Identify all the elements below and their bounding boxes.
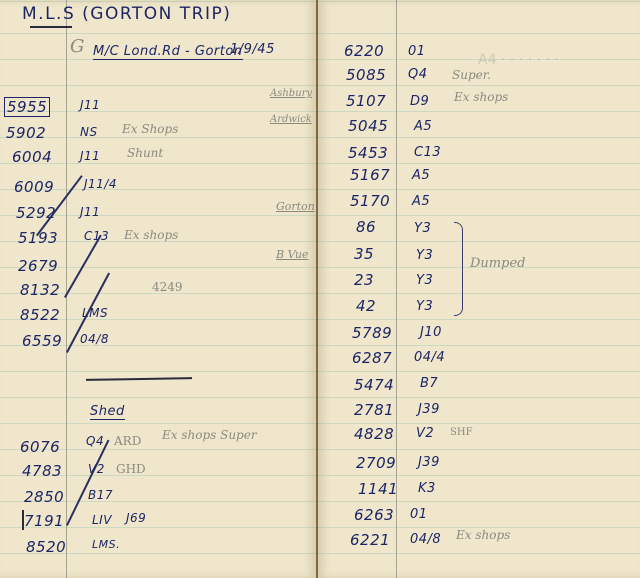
loco-number: 8132	[20, 281, 60, 299]
loco-number: 5170	[350, 192, 390, 210]
loco-number: 5107	[346, 92, 386, 110]
loco-class: V2	[416, 426, 434, 441]
pencil-mark: G	[70, 36, 84, 57]
title-underline	[30, 26, 72, 28]
loco-number: 2679	[18, 257, 58, 275]
loco-number: 2709	[356, 454, 396, 472]
loco-number: 5789	[352, 324, 392, 342]
loco-number: 86	[356, 218, 376, 236]
loco-class: A5	[414, 119, 432, 134]
book-gutter	[316, 0, 318, 578]
loco-number: 2781	[354, 401, 394, 419]
loco-number: 6220	[344, 42, 384, 60]
loco-class: Q4	[408, 67, 428, 82]
show-through: A4 · · · · · · ·	[478, 52, 559, 68]
loco-number: 5292	[16, 204, 56, 222]
page-title: M.L.S (GORTON TRIP)	[22, 4, 231, 24]
loco-number: 5474	[354, 376, 394, 394]
pencil-note: 4249	[152, 280, 183, 294]
loco-number: 6221	[350, 531, 390, 549]
loco-number: 5955	[4, 97, 50, 117]
loco-class: Y3	[416, 299, 433, 314]
loco-number: 1141	[358, 480, 398, 498]
trip-date: 1/9/45	[230, 42, 275, 57]
loco-number: 23	[354, 271, 374, 289]
loco-class: B7	[420, 376, 438, 391]
loco-class: 04/8	[80, 332, 109, 346]
loco-class: 04/8	[410, 532, 441, 547]
loco-number: 6559	[22, 332, 62, 350]
loco-class: 01	[410, 507, 428, 522]
box-mark	[22, 510, 24, 530]
loco-class: J11	[80, 149, 100, 163]
loco-class: LMS.	[92, 538, 120, 551]
loco-class: V2	[88, 462, 105, 476]
loco-class: LIV	[92, 513, 112, 527]
loco-class: J11	[80, 205, 100, 219]
loco-class: 04/4	[414, 350, 445, 365]
pencil-note: Ex shops Super	[162, 428, 257, 442]
loco-number: 8522	[20, 306, 60, 324]
loco-number: 5453	[348, 144, 388, 162]
loco-number: 5045	[348, 117, 388, 135]
loco-number: 5902	[6, 124, 46, 142]
loco-class: Y3	[416, 248, 433, 263]
loco-class: Q4	[86, 434, 104, 448]
loco-class: D9	[410, 94, 429, 109]
loco-number: 5085	[346, 66, 386, 84]
loco-number: 6076	[20, 438, 60, 456]
route-label: M/C Lond.Rd - Gorton	[93, 44, 243, 60]
loco-number: 42	[356, 297, 376, 315]
margin-note: Gorton	[276, 200, 315, 213]
loco-class: NS	[80, 125, 98, 139]
loco-number: 8520	[26, 538, 66, 556]
loco-class: J39	[418, 455, 440, 470]
section-heading: Shed	[90, 404, 125, 420]
pencil-note: Ex shops	[456, 528, 510, 542]
loco-class: J11	[80, 98, 100, 112]
margin-note: Ardwick	[270, 114, 312, 125]
bracket	[454, 222, 463, 316]
loco-class: A5	[412, 194, 430, 209]
loco-number: 6263	[354, 506, 394, 524]
margin-note: Ashbury	[270, 88, 312, 99]
pencil-note: Ex shops	[124, 228, 178, 242]
loco-number: 35	[354, 245, 374, 263]
loco-class: 01	[408, 44, 426, 59]
loco-number: 6004	[12, 148, 52, 166]
loco-class: B17	[88, 488, 113, 502]
left-margin-line	[66, 0, 67, 578]
pencil-note: Shunt	[127, 146, 163, 160]
pencil-note: Ex Shops	[122, 122, 178, 136]
loco-class: Y3	[416, 273, 433, 288]
shed-code: SHF	[450, 427, 473, 438]
loco-number: 6009	[14, 178, 54, 196]
loco-number: 7191	[24, 512, 64, 530]
margin-note: B Vue	[276, 248, 308, 261]
shed-code: GHD	[116, 462, 146, 476]
loco-number: 4828	[354, 425, 394, 443]
loco-number: 5167	[350, 166, 390, 184]
loco-class: Y3	[414, 221, 431, 236]
loco-class: J11/4	[84, 177, 117, 191]
loco-class: C13	[414, 145, 441, 160]
loco-class: A5	[412, 168, 430, 183]
loco-number: 6287	[352, 349, 392, 367]
loco-number: 4783	[22, 462, 62, 480]
loco-class: K3	[418, 481, 436, 496]
loco-class: J39	[418, 402, 440, 417]
loco-class: J10	[420, 325, 442, 340]
loco-number: 2850	[24, 488, 64, 506]
loco-class-extra: J69	[126, 511, 146, 525]
pencil-note: Ex shops	[454, 90, 508, 104]
pencil-note: Super.	[452, 68, 491, 82]
shed-code: ARD	[114, 434, 141, 448]
bracket-note: Dumped	[470, 256, 525, 271]
